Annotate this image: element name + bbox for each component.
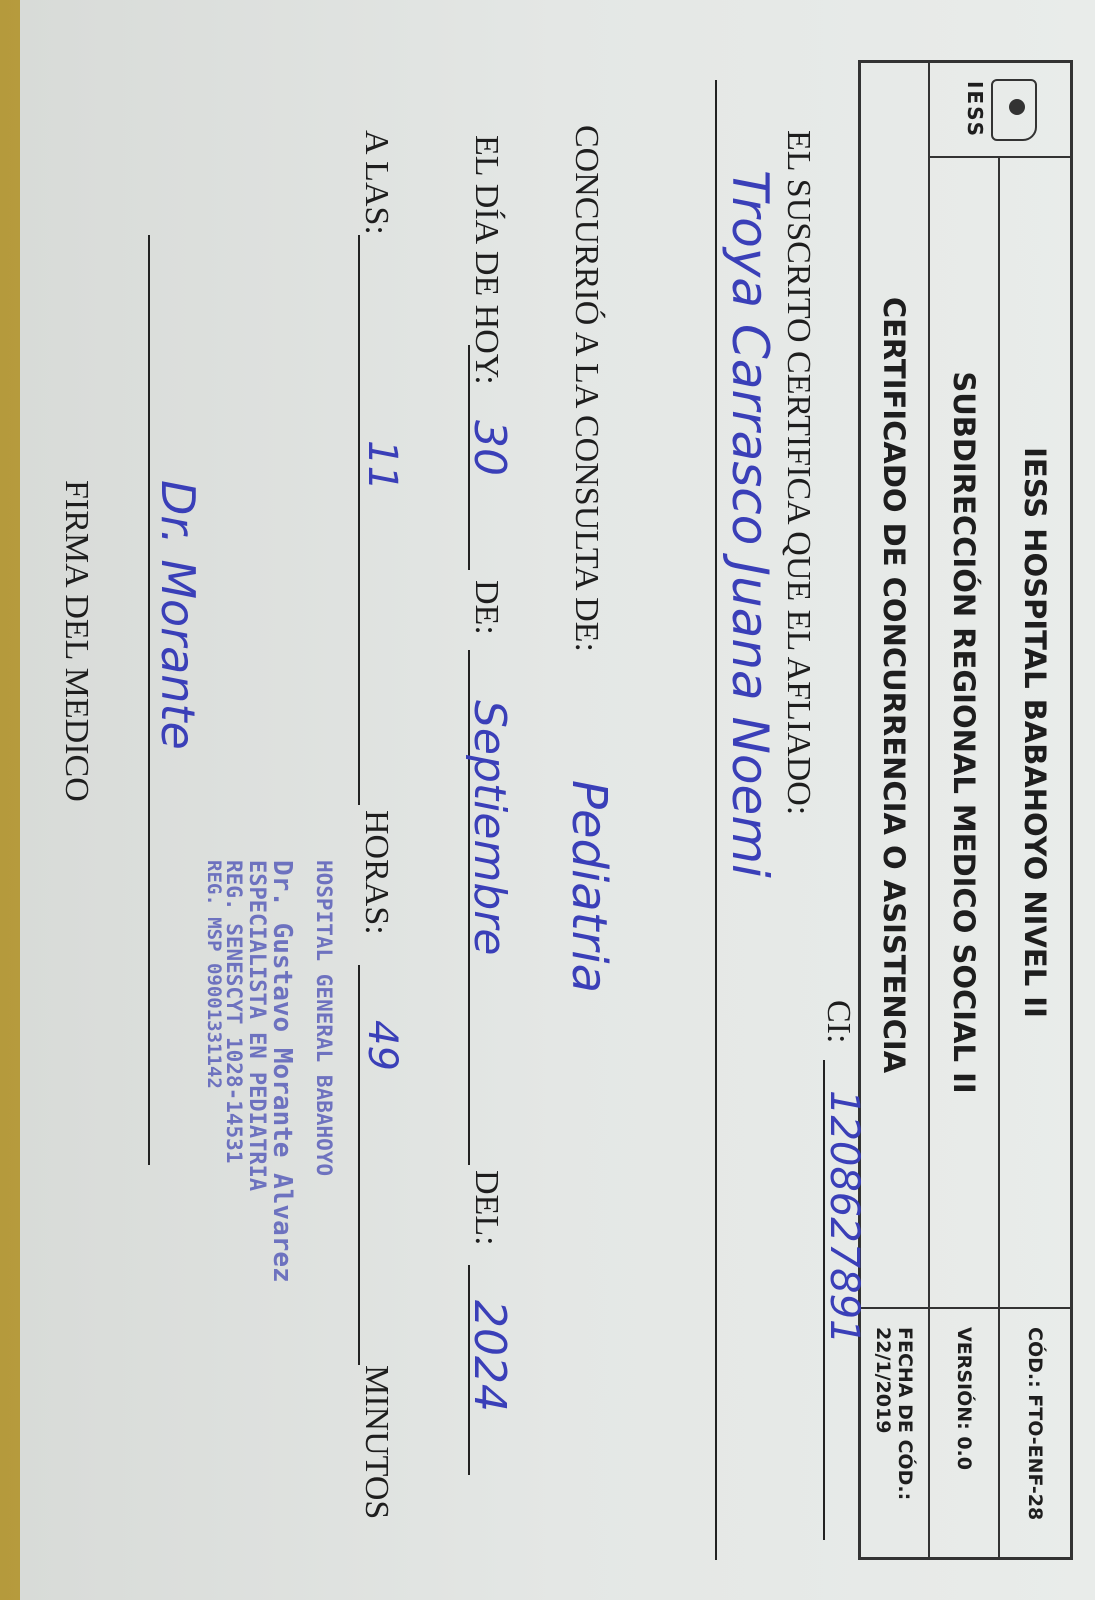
header-table: IESS IESS HOSPITAL BABAHOYO NIVEL II CÓD… xyxy=(858,60,1073,1560)
minutes-label: MINUTOS xyxy=(357,1365,395,1519)
minutes-value[interactable]: 49 xyxy=(359,1020,405,1071)
consult-value[interactable]: Pediatria xyxy=(561,780,617,993)
code-date-label: FECHA DE CÓD.: xyxy=(895,1327,917,1500)
day-label: EL DÍA DE HOY: xyxy=(467,135,505,385)
signature-label: FIRMA DEL MEDICO xyxy=(57,480,95,802)
form-version: VERSIÓN: 0.0 xyxy=(929,1308,999,1558)
doctor-stamp: HOSPITAL GENERAL BABAHOYO Dr. Gustavo Mo… xyxy=(203,860,335,1283)
logo-text: IESS xyxy=(963,81,987,138)
year-label: DEL: xyxy=(467,1170,505,1246)
certificate-sheet: IESS IESS HOSPITAL BABAHOYO NIVEL II CÓD… xyxy=(0,0,1095,1600)
affiliate-name[interactable]: Troya Carrasco Juana Noemi xyxy=(721,170,779,878)
stamp-doctor: Dr. Gustavo Morante Alvarez xyxy=(268,860,295,1283)
subdirection-title: SUBDIRECCIÓN REGIONAL MEDICO SOCIAL II xyxy=(929,157,999,1308)
year-value[interactable]: 2024 xyxy=(464,1300,515,1412)
stamp-hospital: HOSPITAL GENERAL BABAHOYO xyxy=(313,860,335,1283)
hours-line xyxy=(358,235,360,805)
hand-emblem-icon xyxy=(991,79,1037,141)
affiliate-label: EL SUSCRITO CERTIFICA QUE EL AFLIADO: xyxy=(779,130,817,815)
code-date-cell: FECHA DE CÓD.: 22/1/2019 xyxy=(860,1308,929,1558)
stamp-specialty: ESPECIALISTA EN PEDIATRIA xyxy=(245,860,268,1283)
code-date-value: 22/1/2019 xyxy=(873,1327,895,1433)
signature-line xyxy=(148,235,150,1165)
hours-label: HORAS: xyxy=(357,810,395,935)
certificate-title: CERTIFICADO DE CONCURRENCIA O ASISTENCIA xyxy=(860,62,929,1308)
month-label: DE: xyxy=(467,580,505,635)
form-code: CÓD.: FTO-ENF-28 xyxy=(999,1308,1071,1558)
signature: Dr. Morante xyxy=(151,480,205,750)
hours-value[interactable]: 11 xyxy=(359,440,405,491)
stamp-senescyt: REG. SENESCYT 1028-14531 xyxy=(223,860,245,1283)
ci-value[interactable]: 1208627891 xyxy=(821,1090,867,1345)
at-label: A LAS: xyxy=(357,130,395,235)
stamp-msp: REG. MSP 09001331142 xyxy=(203,860,223,1283)
consult-label: CONCURRIÓ A LA CONSULTA DE: xyxy=(567,125,605,652)
ci-label: CI: xyxy=(819,1000,857,1043)
affiliate-line xyxy=(715,80,717,1560)
hospital-title: IESS HOSPITAL BABAHOYO NIVEL II xyxy=(999,157,1071,1308)
iess-logo: IESS xyxy=(929,62,1071,157)
month-value[interactable]: Septiembre xyxy=(464,700,515,955)
day-value[interactable]: 30 xyxy=(464,420,515,476)
paper-form: IESS IESS HOSPITAL BABAHOYO NIVEL II CÓD… xyxy=(20,0,1095,1600)
